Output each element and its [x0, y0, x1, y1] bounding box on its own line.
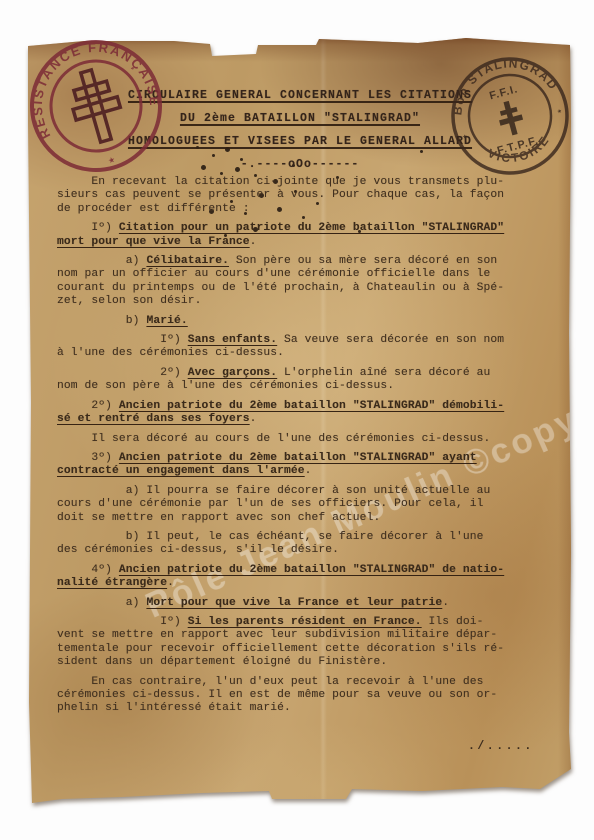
- line-text: de procéder est différente :: [57, 203, 250, 215]
- line-text: Ils doi-: [422, 616, 484, 628]
- stamp-ffi-text: F.F.I.: [488, 83, 519, 102]
- stamp-graphic: Bon STALINGRAD VICTOIRE ★ ★ F.F.I. F.T.P…: [446, 52, 574, 180]
- text-line: Iº) Si les parents résident en France. I…: [57, 616, 557, 629]
- underlined-text: Célibataire.: [146, 255, 229, 267]
- text-line: des cérémonies ci-dessus, s'il le désire…: [57, 544, 557, 557]
- underlined-text: Citation pour un patriote du 2ème batail…: [119, 222, 504, 234]
- line-text: sident dans un département éloigné du Fi…: [57, 656, 387, 668]
- underlined-text: Marié.: [146, 315, 187, 327]
- line-text: 2º): [57, 367, 188, 379]
- title-separator: -.----oOo------: [120, 153, 480, 176]
- text-line: mort pour que vive la France.: [57, 236, 557, 249]
- line-text: En recevant la citation ci-jointe que je…: [57, 176, 504, 188]
- text-line: doit se mettre en rapport avec son chef …: [57, 512, 557, 525]
- underlined-text: Ancien patriote du 2ème bataillon "STALI…: [119, 452, 477, 464]
- line-text: L'orphelin aîné sera décoré au: [277, 367, 490, 379]
- text-line: Iº) Citation pour un patriote du 2ème ba…: [57, 222, 557, 235]
- stamp-graphic: RESISTANCE FRANÇAISE ★: [26, 36, 166, 176]
- line-text: courant du printemps ou de l'été prochai…: [57, 282, 504, 294]
- line-text: 3º): [57, 452, 119, 464]
- line-text: cours d'une cérémonie par l'un de ses of…: [57, 498, 484, 510]
- star-icon: ★: [556, 107, 563, 117]
- underlined-text: Mort pour que vive la France et leur pat…: [146, 597, 442, 609]
- text-line: sident dans un département éloigné du Fi…: [57, 656, 557, 669]
- line-text: Il sera décoré au cours de l'une des cér…: [57, 433, 490, 445]
- text-line: tementale pour recevoir officiellement c…: [57, 643, 557, 656]
- line-text: vent se mettre en rapport avec leur subd…: [57, 629, 497, 641]
- text-line: b) Il peut, le cas échéant, se faire déc…: [57, 531, 557, 544]
- line-text: a): [57, 597, 146, 609]
- line-text: Iº): [57, 222, 119, 234]
- line-text: En cas contraire, l'un d'eux peut la rec…: [57, 676, 484, 688]
- line-text: a): [57, 255, 146, 267]
- underlined-text: Avec garçons.: [188, 367, 277, 379]
- cross-of-lorraine-icon: [64, 65, 128, 147]
- line-text: sieurs cas peuvent se présenter à vous. …: [57, 189, 504, 201]
- text-line: courant du printemps ou de l'été prochai…: [57, 282, 557, 295]
- star-icon: ★: [107, 154, 117, 167]
- line-text: b): [57, 315, 146, 327]
- underlined-text: mort pour que vive la France: [57, 236, 250, 248]
- line-text: 4º): [57, 564, 119, 576]
- title-line-1: CIRCULAIRE GENERAL CONCERNANT LES CITATI…: [120, 84, 480, 107]
- underlined-text: Ancien patriote du 2ème bataillon "STALI…: [119, 400, 504, 412]
- underlined-text: Ancien patriote du 2ème bataillon "STALI…: [119, 564, 504, 576]
- text-line: phelin si l'intéressé était marié.: [57, 702, 557, 715]
- line-text: Son père ou sa mère sera décoré en son: [229, 255, 497, 267]
- line-text: nom par un officier au cours d'une cérém…: [57, 268, 490, 280]
- line-text: Iº): [57, 334, 188, 346]
- underlined-text: Sans enfants.: [188, 334, 277, 346]
- text-line: En cas contraire, l'un d'eux peut la rec…: [57, 676, 557, 689]
- star-icon: ★: [461, 132, 468, 142]
- text-line: zet, selon son désir.: [57, 295, 557, 308]
- line-text: .: [305, 465, 312, 477]
- text-line: a) Mort pour que vive la France et leur …: [57, 597, 557, 610]
- line-text: 2º): [57, 400, 119, 412]
- text-line: nalité étrangère.: [57, 577, 557, 590]
- text-line: sé et rentré dans ses foyers.: [57, 413, 557, 426]
- text-line: 4º) Ancien patriote du 2ème bataillon "S…: [57, 564, 557, 577]
- line-text: tementale pour recevoir officiellement c…: [57, 643, 504, 655]
- text-line: à l'une des cérémonies ci-dessus.: [57, 347, 557, 360]
- line-text: .: [442, 597, 449, 609]
- line-text: Sa veuve sera décorée en son nom: [277, 334, 504, 346]
- text-line: 2º) Avec garçons. L'orphelin aîné sera d…: [57, 367, 557, 380]
- cross-of-lorraine-icon: [495, 99, 526, 138]
- underlined-text: contracté un engagement dans l'armée: [57, 465, 305, 477]
- text-line: vent se mettre en rapport avec leur subd…: [57, 629, 557, 642]
- text-line: de procéder est différente :: [57, 203, 557, 216]
- line-text: phelin si l'intéressé était marié.: [57, 702, 291, 714]
- text-line: nom de son père à l'une des cérémonies c…: [57, 380, 557, 393]
- text-line: contracté un engagement dans l'armée.: [57, 465, 557, 478]
- line-text: Iº): [57, 616, 188, 628]
- bataillon-stalingrad-stamp: Bon STALINGRAD VICTOIRE ★ ★ F.F.I. F.T.P…: [446, 52, 574, 180]
- text-line: cours d'une cérémonie par l'un de ses of…: [57, 498, 557, 511]
- line-text: .: [167, 577, 174, 589]
- text-line: sieurs cas peuvent se présenter à vous. …: [57, 189, 557, 202]
- underlined-text: Si les parents résident en France.: [188, 616, 422, 628]
- title-line-3: HOMOLOGUEES ET VISEES PAR LE GENERAL ALL…: [120, 130, 480, 153]
- line-text: nom de son père à l'une des cérémonies c…: [57, 380, 394, 392]
- text-line: cérémonies ci-dessus. Il en est de même …: [57, 689, 557, 702]
- line-text: .: [250, 413, 257, 425]
- line-text: à l'une des cérémonies ci-dessus.: [57, 347, 284, 359]
- text-line: 3º) Ancien patriote du 2ème bataillon "S…: [57, 452, 557, 465]
- line-text: zet, selon son désir.: [57, 295, 201, 307]
- continuation-mark: ./.....: [468, 740, 534, 753]
- text-line: b) Marié.: [57, 315, 557, 328]
- underlined-text: nalité étrangère: [57, 577, 167, 589]
- line-text: a) Il pourra se faire décorer à son unit…: [57, 485, 490, 497]
- text-line: nom par un officier au cours d'une cérém…: [57, 268, 557, 281]
- text-line: Il sera décoré au cours de l'une des cér…: [57, 433, 557, 446]
- line-text: cérémonies ci-dessus. Il en est de même …: [57, 689, 497, 701]
- text-line: a) Célibataire. Son père ou sa mère sera…: [57, 255, 557, 268]
- scanned-document: Pôle Jean Moulin ©copyright CIRCULAIRE G…: [0, 0, 594, 840]
- line-text: b) Il peut, le cas échéant, se faire déc…: [57, 531, 484, 543]
- resistance-francaise-stamp: RESISTANCE FRANÇAISE ★: [26, 36, 166, 176]
- underlined-text: sé et rentré dans ses foyers: [57, 413, 250, 425]
- line-text: doit se mettre en rapport avec son chef …: [57, 512, 380, 524]
- line-text: des cérémonies ci-dessus, s'il le désire…: [57, 544, 339, 556]
- text-line: a) Il pourra se faire décorer à son unit…: [57, 485, 557, 498]
- line-text: .: [250, 236, 257, 248]
- title-line-2: DU 2ème BATAILLON "STALINGRAD": [120, 107, 480, 130]
- body-text: En recevant la citation ci-jointe que je…: [57, 176, 557, 716]
- text-line: Iº) Sans enfants. Sa veuve sera décorée …: [57, 334, 557, 347]
- text-line: 2º) Ancien patriote du 2ème bataillon "S…: [57, 400, 557, 413]
- document-title: CIRCULAIRE GENERAL CONCERNANT LES CITATI…: [120, 84, 480, 176]
